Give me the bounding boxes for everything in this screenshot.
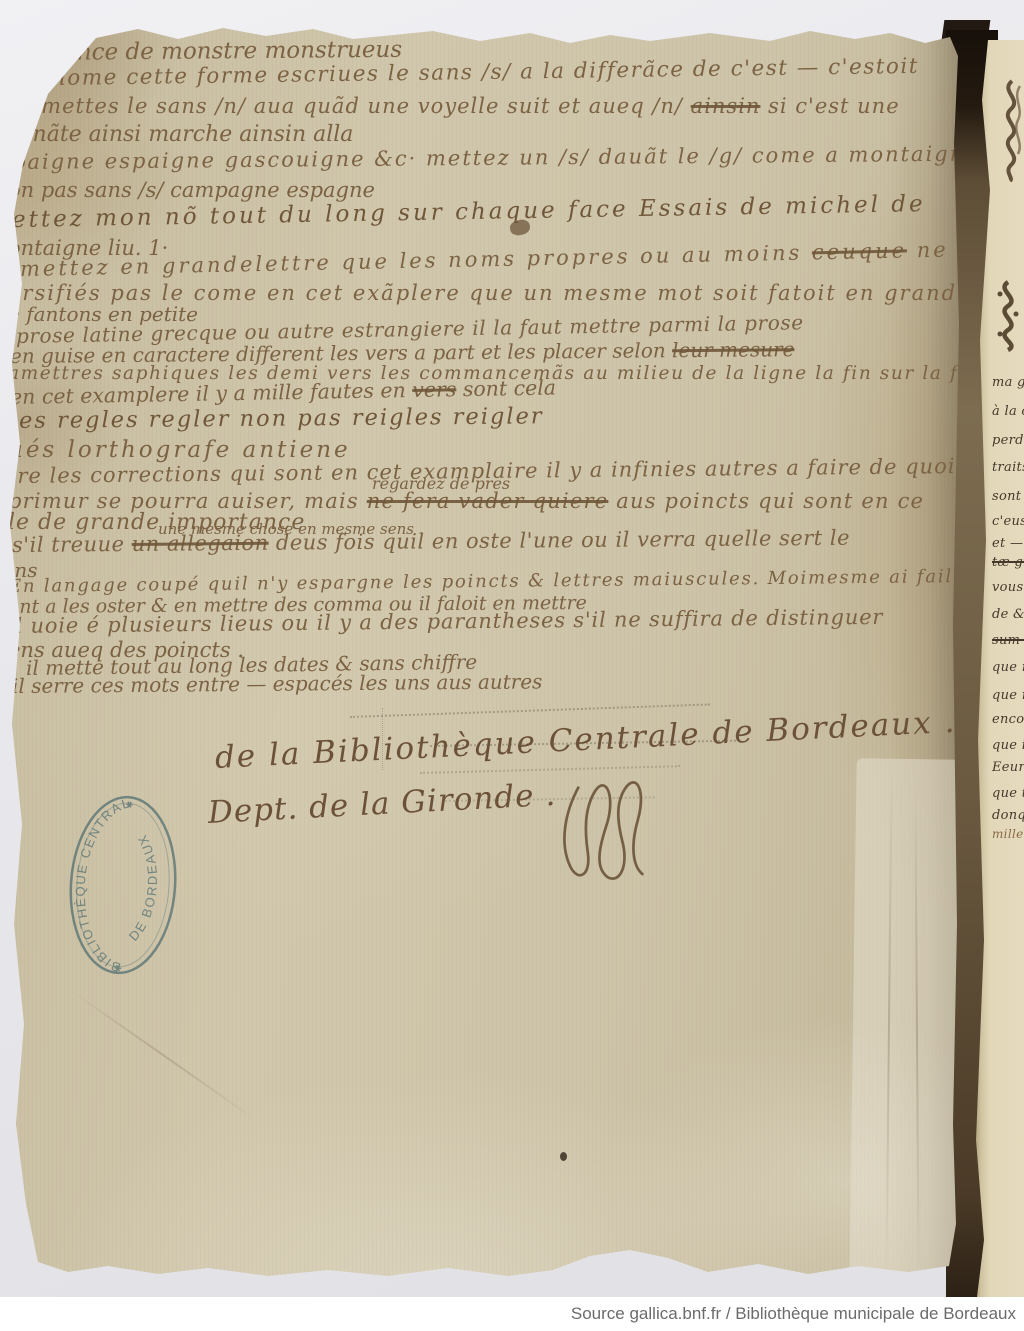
recto-text-fragment: perdu [992, 433, 1024, 448]
stamp-bottom-text: DE BORDEAUX [125, 830, 163, 945]
recto-text-fragment: tæ gim [992, 555, 1024, 570]
library-stamp: BIBLIOTHÈQUE CENTRALE DE BORDEAUX ✱ ✱ [57, 786, 190, 984]
signature-paraph [537, 769, 658, 890]
manuscript-line: si mettes le sans /n/ aua quãd une voyel… [14, 94, 900, 118]
stamp-star-icon: ✱ [125, 800, 136, 808]
hw-fragment-top: — escriues ces sans /s/ — [300, 5, 659, 38]
recto-text-fragment: encore [992, 712, 1024, 727]
recto-text-fragment: sum m [992, 633, 1024, 648]
recto-text-fragment: que m [992, 660, 1024, 675]
inscription-line-1: de la Bibliothèque Centrale de Bordeaux … [214, 704, 957, 776]
svg-text:DE BORDEAUX: DE BORDEAUX [125, 830, 163, 945]
crease [68, 988, 258, 1122]
manuscript-line: il serre ces mots entre — espacés les un… [12, 669, 543, 698]
recto-text-fragment: traits c [992, 460, 1024, 475]
recto-text-fragment: vous q [992, 580, 1024, 595]
recto-text-fragment: c'eust e [992, 514, 1024, 529]
manuscript-page: — escriues ces sans /s/ —ferance de mons… [8, 24, 960, 1282]
recto-text-fragment: que me [992, 688, 1024, 703]
recto-text-fragment: mille [992, 827, 1024, 841]
source-attribution-bar: Source gallica.bnf.fr / Bibliothèque mun… [0, 1297, 1024, 1331]
stamp-star-icon: ✱ [114, 964, 125, 972]
inscription-line-2: Dept. de la Gironde . [207, 777, 557, 831]
manuscript-line: sonãte ainsi marche ainsin alla [8, 122, 353, 147]
pencil-mark [350, 703, 710, 718]
recto-text-fragment: Eeur [992, 760, 1024, 775]
printed-ornament-icon [998, 78, 1024, 182]
recto-text-fragment: de & v [992, 607, 1024, 622]
recto-text-fragment: à la co [992, 404, 1024, 419]
recto-text-fragment: que tu [992, 786, 1024, 801]
gallica-scan-viewport: { "footer": { "source_label": "Source ga… [0, 0, 1024, 1331]
repair-patch [849, 758, 964, 1284]
manuscript-line: tes regles regler non pas reigles reigle… [8, 403, 544, 434]
recto-text-fragment: et — [992, 536, 1023, 551]
recto-text-fragment: donq [992, 808, 1024, 823]
recto-text-fragment: ma glo [992, 375, 1024, 390]
recto-text-fragment: que ie [992, 738, 1024, 753]
manuscript-line: ués lorthografe antiene [8, 437, 351, 463]
source-attribution-label: Source gallica.bnf.fr / Bibliothèque mun… [571, 1304, 1016, 1324]
ink-spot [560, 1152, 567, 1161]
recto-text-fragment: sont pl [992, 489, 1024, 504]
printed-ornament-icon [992, 280, 1024, 352]
manuscript-line: on pas sans /s/ campagne espagne [8, 178, 375, 202]
